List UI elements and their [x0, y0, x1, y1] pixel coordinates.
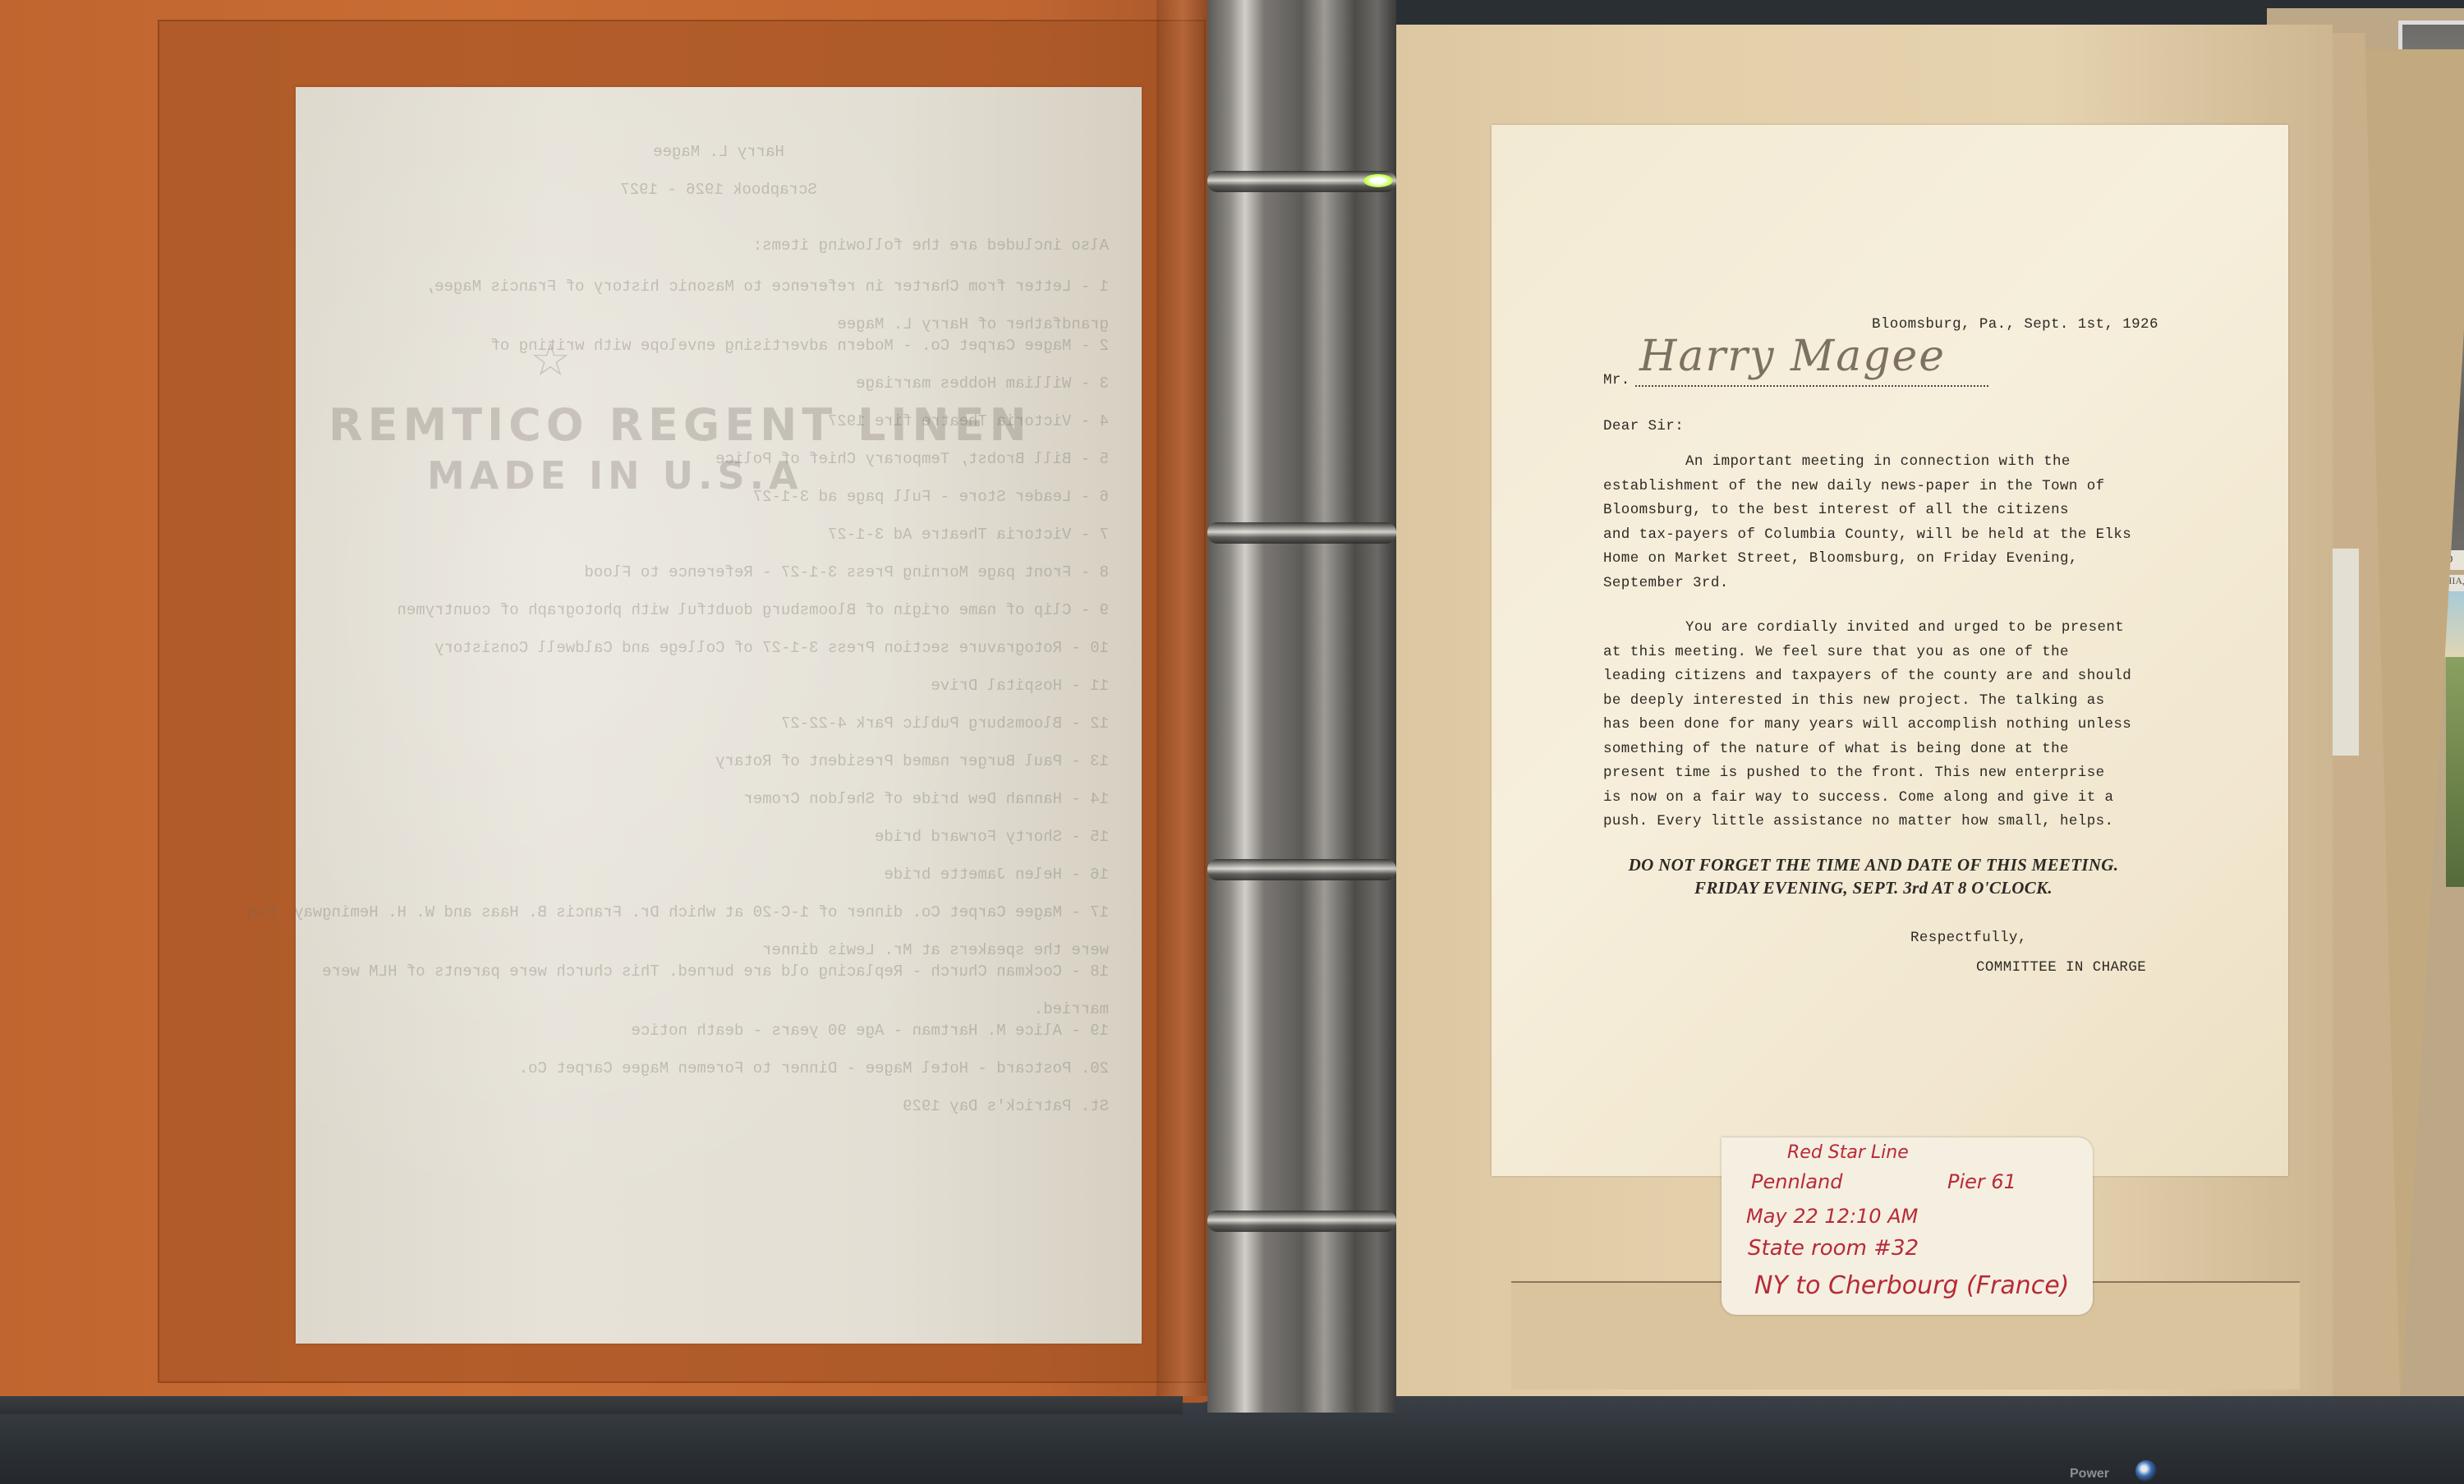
- letter-line: has been done for many years will accomp…: [1603, 716, 2277, 741]
- ghost-item: 11 - Hospital Drive: [931, 677, 1109, 695]
- letter-line: You are cordially invited and urged to b…: [1603, 619, 2277, 644]
- letter-line: push. Every little assistance no matter …: [1603, 813, 2277, 838]
- letter-line: establishment of the new daily news-pape…: [1603, 478, 2277, 503]
- star-icon: ☆: [530, 333, 576, 387]
- letter-line: be deeply interested in this new project…: [1603, 692, 2277, 717]
- watermark-brand: REMTICO REGENT LINEN: [329, 399, 1032, 451]
- letter-line: An important meeting in connection with …: [1603, 453, 2277, 478]
- postcard-image-land: [2446, 657, 2464, 887]
- ghost-item: 20. Postcard - Hotel Magee - Dinner to F…: [519, 1059, 1109, 1077]
- cover-shadow: [0, 1396, 1183, 1414]
- letter-line: is now on a fair way to success. Come al…: [1603, 789, 2277, 814]
- letter-line: something of the nature of what is being…: [1603, 741, 2277, 765]
- paper-tab: [2331, 549, 2359, 756]
- ghost-item: 8 - Front page Morning Press 3-1-27 - Re…: [584, 563, 1109, 581]
- ghost-item: 16 - Helen Jamette bride: [884, 866, 1109, 884]
- notice-line-2: FRIDAY EVENING, SEPT. 3rd AT 8 O'CLOCK.: [1459, 878, 2288, 898]
- show-through-text: Harry L. Magee Scrapbook 1926 - 1927 Als…: [296, 87, 1142, 1344]
- handwritten-note-card: Red Star Line Pennland Pier 61 May 22 12…: [1722, 1137, 2093, 1315]
- ghost-item: 6 - Leader Store - Full page ad 3-1-27: [753, 488, 1109, 506]
- letter-dateline: Bloomsburg, Pa., Sept. 1st, 1926: [1872, 316, 2158, 333]
- ghost-item: 1 - Letter from Charter in reference to …: [425, 278, 1109, 296]
- ghost-intro: Also included are the following items:: [753, 237, 1109, 255]
- ghost-item: 19 - Alice M. Hartman - Age 90 years - d…: [632, 1022, 1110, 1040]
- letter-line: and tax-payers of Columbia County, will …: [1603, 526, 2277, 551]
- binder-ring: [1207, 522, 1396, 544]
- ghost-item: 17 - Magee Carpet Co. dinner of 1-C-20 a…: [247, 903, 1109, 921]
- letter-closing: Respectfully,: [1910, 930, 2027, 946]
- ghost-item: married.: [1034, 1000, 1109, 1018]
- letter-line: Home on Market Street, Bloomsburg, on Fr…: [1603, 550, 2277, 575]
- ghost-item: 9 - Clip of name origin of Bloomsburg do…: [397, 601, 1109, 619]
- binder-ring: [1207, 1211, 1396, 1232]
- note-line-ship-name: Pennland: [1751, 1170, 1842, 1193]
- ghost-item: 3 - William Hobbes marriage: [856, 374, 1109, 393]
- light-glare: [1363, 174, 1393, 187]
- addressee-label: Mr.: [1603, 372, 1630, 388]
- sleeve-fold: [1156, 0, 1209, 1396]
- ghost-item: 7 - Victoria Theatre Ad 3-1-27: [828, 526, 1109, 544]
- ghost-item: St. Patrick's Day 1929: [903, 1097, 1109, 1115]
- note-line-ship-line: Red Star Line: [1787, 1142, 1909, 1163]
- letter-line: present time is pushed to the front. Thi…: [1603, 765, 2277, 789]
- ghost-item: 18 - Cockman Church - Replacing old are …: [322, 963, 1109, 981]
- binder-ring: [1207, 859, 1396, 880]
- ghost-item: grandfather of Harry L. Magee: [837, 315, 1109, 333]
- note-line-date-time: May 22 12:10 AM: [1746, 1205, 1918, 1228]
- note-line-route: NY to Cherbourg (France): [1754, 1271, 2069, 1300]
- meeting-invitation-letter: Bloomsburg, Pa., Sept. 1st, 1926 Mr. Har…: [1492, 125, 2288, 1176]
- paragraph-1: An important meeting in connection with …: [1603, 453, 2277, 599]
- ghost-item: were the speakers at Mr. Lewis dinner: [762, 941, 1109, 959]
- ghost-title: Harry L. Magee: [296, 143, 1142, 161]
- letter-line: leading citizens and taxpayers of the co…: [1603, 668, 2277, 692]
- ghost-item: 15 - Shorty Forward bride: [875, 828, 1109, 846]
- letter-signoff: COMMITTEE IN CHARGE: [1976, 959, 2146, 976]
- ghost-item: 2 - Magee Carpet Co. - Modern advertisin…: [490, 337, 1109, 355]
- ghost-item: 14 - Hannah Dew bride of Sheldon Cromer: [743, 790, 1109, 808]
- power-button-icon: [2135, 1460, 2157, 1482]
- power-label: Power: [2070, 1467, 2109, 1482]
- letter-line: at this meeting. We feel sure that you a…: [1603, 644, 2277, 668]
- addressee-handwritten-name: Harry Magee: [1639, 332, 1946, 381]
- letter-line: September 3rd.: [1603, 575, 2277, 600]
- letter-line: Bloomsburg, to the best interest of all …: [1603, 502, 2277, 526]
- ghost-item: 13 - Paul Burger named President of Rota…: [715, 752, 1109, 770]
- salutation: Dear Sir:: [1603, 418, 1684, 434]
- ghost-subtitle: Scrapbook 1926 - 1927: [296, 181, 1142, 199]
- note-line-pier: Pier 61: [1947, 1170, 2016, 1193]
- note-line-stateroom: State room #32: [1748, 1236, 1919, 1261]
- ghost-item: 12 - Bloomsburg Public Park 4-22-27: [781, 714, 1109, 733]
- notice-line-1: DO NOT FORGET THE TIME AND DATE OF THIS …: [1459, 855, 2288, 875]
- paragraph-2: You are cordially invited and urged to b…: [1603, 619, 2277, 838]
- watermark-origin: MADE IN U.S.A: [427, 453, 803, 498]
- binder-spine: [1207, 0, 1396, 1413]
- tissue-interleaf-page: Harry L. Magee Scrapbook 1926 - 1927 Als…: [296, 87, 1142, 1344]
- ghost-item: 10 - Rotogravure section Press 3-1-27 of…: [434, 639, 1109, 657]
